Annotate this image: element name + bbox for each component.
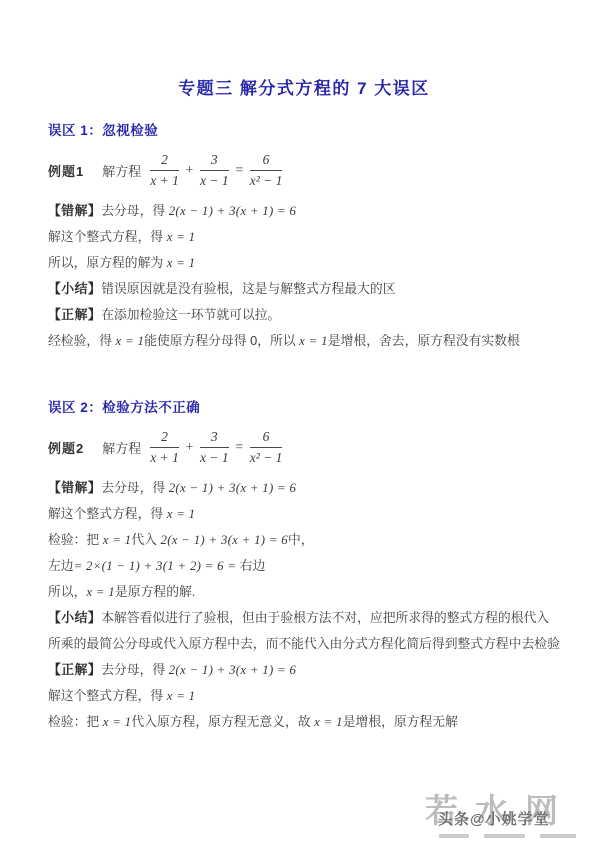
numerator: 3	[200, 152, 229, 171]
section-heading: 误区 1：忽视检验	[48, 119, 560, 139]
fraction: 3 x − 1	[200, 152, 229, 188]
line-text: 去分母，得	[101, 480, 169, 495]
numerator: 2	[150, 429, 179, 448]
solution-line: 【小结】错误原因就是没有验根，这是与解整式方程最大的区	[48, 276, 560, 302]
math-expression: 2(x − 1) + 3(x + 1) = 6	[169, 481, 296, 495]
solution-line: 解这个整式方程，得 x = 1	[48, 683, 560, 709]
fraction: 6 x² − 1	[250, 429, 283, 465]
math-expression: x = 1	[167, 230, 196, 244]
equals-operator: =	[235, 439, 244, 455]
section-heading: 误区 2：检验方法不正确	[48, 396, 560, 416]
bracket-label: 【小结】	[48, 610, 101, 625]
plus-operator: +	[185, 162, 194, 178]
math-expression: x = 1	[86, 585, 115, 599]
example-row: 例题2 解方程 2 x + 1 + 3 x − 1 = 6 x² − 1	[48, 424, 560, 470]
solution-lines: 【错解】去分母，得 2(x − 1) + 3(x + 1) = 6 解这个整式方…	[48, 475, 560, 735]
denominator: x² − 1	[250, 448, 283, 466]
line-text: 所以，原方程的解为	[48, 255, 167, 270]
example-label: 例题2	[48, 438, 84, 457]
line-text: 去分母，得	[101, 662, 169, 677]
equation: 2 x + 1 + 3 x − 1 = 6 x² − 1	[147, 152, 285, 188]
math-expression: x = 1	[167, 689, 196, 703]
equation: 2 x + 1 + 3 x − 1 = 6 x² − 1	[147, 429, 285, 465]
solution-line: 【正解】去分母，得 2(x − 1) + 3(x + 1) = 6	[48, 657, 560, 683]
watermark-subtext-bars	[439, 834, 576, 838]
line-text: 检验：把	[48, 532, 103, 547]
math-expression: x = 1	[167, 507, 196, 521]
solution-line: 【错解】去分母，得 2(x − 1) + 3(x + 1) = 6	[48, 198, 560, 224]
bracket-label: 【小结】	[48, 281, 101, 296]
document-page: 专题三 解分式方程的 7 大误区 误区 1：忽视检验 例题1 解方程 2 x +…	[0, 0, 600, 849]
solution-line: 解这个整式方程，得 x = 1	[48, 501, 560, 527]
example-lead: 解方程	[102, 161, 141, 180]
line-text: 是增根，原方程无解	[343, 714, 458, 729]
math-expression: x = 1	[167, 256, 196, 270]
fraction: 2 x + 1	[150, 152, 179, 188]
line-text: 能使原方程分母得 0，所以	[144, 333, 299, 348]
math-expression: 2(x − 1) + 3(x + 1) = 6	[161, 533, 288, 547]
section-spacer	[48, 354, 560, 376]
section-misconception-1: 误区 1：忽视检验 例题1 解方程 2 x + 1 + 3 x − 1 =	[48, 119, 560, 354]
equals-operator: =	[235, 162, 244, 178]
solution-line: 所以，x = 1是原方程的解.	[48, 579, 560, 605]
bracket-label: 【正解】	[48, 307, 101, 322]
denominator: x + 1	[150, 171, 179, 189]
line-text: 代入	[131, 532, 160, 547]
bracket-label: 【错解】	[48, 203, 101, 218]
math-expression: x = 1	[116, 334, 145, 348]
plus-operator: +	[185, 439, 194, 455]
math-expression: x = 1	[299, 334, 328, 348]
numerator: 2	[150, 152, 179, 171]
page-title: 专题三 解分式方程的 7 大误区	[48, 74, 560, 99]
fraction: 3 x − 1	[200, 429, 229, 465]
solution-line: 左边= 2×(1 − 1) + 3(1 + 2) = 6 = 右边	[48, 553, 560, 579]
line-text: 在添加检验这一环节就可以拉。	[101, 307, 280, 322]
solution-line: 解这个整式方程，得 x = 1	[48, 224, 560, 250]
solution-line: 【错解】去分母，得 2(x − 1) + 3(x + 1) = 6	[48, 475, 560, 501]
document-content: 专题三 解分式方程的 7 大误区 误区 1：忽视检验 例题1 解方程 2 x +…	[0, 0, 600, 735]
watermark: 若水网 头条@小姚学堂	[425, 794, 595, 844]
numerator: 6	[250, 429, 283, 448]
math-expression: x = 1	[103, 715, 132, 729]
solution-line: 【小结】本解答看似进行了验根，但由于验根方法不对，应把所求得的整式方程的根代入所…	[48, 605, 560, 657]
line-text: 左边	[48, 558, 74, 573]
solution-line: 检验：把 x = 1代入原方程，原方程无意义，故 x = 1是增根，原方程无解	[48, 709, 560, 735]
bracket-label: 【错解】	[48, 480, 101, 495]
line-text: 是增根，舍去，原方程没有实数根	[328, 333, 520, 348]
math-expression: = 2×(1 − 1) + 3(1 + 2) = 6 =	[74, 559, 240, 573]
line-text: 中，	[288, 532, 314, 547]
line-text: 检验：把	[48, 714, 103, 729]
line-text: 本解答看似进行了验根，但由于验根方法不对，应把所求得的整式方程的根代入所乘的最简…	[48, 610, 560, 651]
bracket-label: 【正解】	[48, 662, 101, 677]
example-row: 例题1 解方程 2 x + 1 + 3 x − 1 = 6 x² − 1	[48, 147, 560, 193]
line-text: 解这个整式方程，得	[48, 688, 167, 703]
solution-line: 检验：把 x = 1代入 2(x − 1) + 3(x + 1) = 6中，	[48, 527, 560, 553]
math-expression: 2(x − 1) + 3(x + 1) = 6	[169, 204, 296, 218]
line-text: 是原方程的解.	[115, 584, 195, 599]
denominator: x − 1	[200, 448, 229, 466]
math-expression: x = 1	[314, 715, 343, 729]
fraction: 6 x² − 1	[250, 152, 283, 188]
section-misconception-2: 误区 2：检验方法不正确 例题2 解方程 2 x + 1 + 3 x − 1 =	[48, 396, 560, 735]
line-text: 右边	[240, 558, 266, 573]
line-text: 经检验，得	[48, 333, 116, 348]
line-text: 所以，	[48, 584, 86, 599]
fraction: 2 x + 1	[150, 429, 179, 465]
solution-line: 经检验，得 x = 1能使原方程分母得 0，所以 x = 1是增根，舍去，原方程…	[48, 328, 560, 354]
solution-line: 所以，原方程的解为 x = 1	[48, 250, 560, 276]
line-text: 去分母，得	[101, 203, 169, 218]
math-expression: x = 1	[103, 533, 132, 547]
example-label: 例题1	[48, 161, 84, 180]
line-text: 错误原因就是没有验根，这是与解整式方程最大的区	[101, 281, 395, 296]
watermark-credit-text: 头条@小姚学堂	[438, 808, 550, 829]
denominator: x + 1	[150, 448, 179, 466]
line-text: 代入原方程，原方程无意义，故	[131, 714, 314, 729]
numerator: 6	[250, 152, 283, 171]
math-expression: 2(x − 1) + 3(x + 1) = 6	[169, 663, 296, 677]
denominator: x² − 1	[250, 171, 283, 189]
denominator: x − 1	[200, 171, 229, 189]
solution-lines: 【错解】去分母，得 2(x − 1) + 3(x + 1) = 6 解这个整式方…	[48, 198, 560, 354]
line-text: 解这个整式方程，得	[48, 229, 167, 244]
example-lead: 解方程	[102, 438, 141, 457]
line-text: 解这个整式方程，得	[48, 506, 167, 521]
numerator: 3	[200, 429, 229, 448]
solution-line: 【正解】在添加检验这一环节就可以拉。	[48, 302, 560, 328]
